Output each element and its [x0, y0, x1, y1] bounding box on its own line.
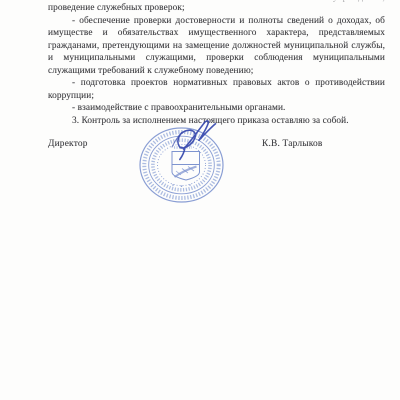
- document-text-line: - обеспечение проверки достоверности и п…: [48, 15, 385, 28]
- signatory-title: Директор: [48, 139, 88, 149]
- document-text-line: служащими требований к служебному поведе…: [48, 65, 385, 78]
- document-text-line: гражданами, претендующими на замещение д…: [48, 40, 385, 53]
- document-text-line: - подготовка проектов нормативных правов…: [48, 77, 385, 90]
- document-text-line: коррупции;: [48, 90, 385, 103]
- signatory-name: К.В. Тарлыков: [262, 139, 323, 149]
- document-text-line: 3. Контроль за исполнением настоящего пр…: [48, 115, 385, 128]
- stamp-bottom-dots: [172, 184, 191, 187]
- official-round-stamp-icon: [140, 128, 223, 202]
- document-text-line: имуществе и обязательствах имущественног…: [48, 27, 385, 40]
- document-text-line: и муниципальными служащими, проверки соб…: [48, 52, 385, 65]
- document-body-text: проведение служебных проверок;- обеспече…: [48, 2, 385, 127]
- document-page: учреждения, проведение служебных проверо…: [0, 0, 400, 400]
- stamp-coat-of-arms-icon: [172, 152, 200, 181]
- document-text-line: - взаимодействие с правоохранительными о…: [48, 102, 385, 115]
- document-text-line: проведение служебных проверок;: [48, 2, 385, 15]
